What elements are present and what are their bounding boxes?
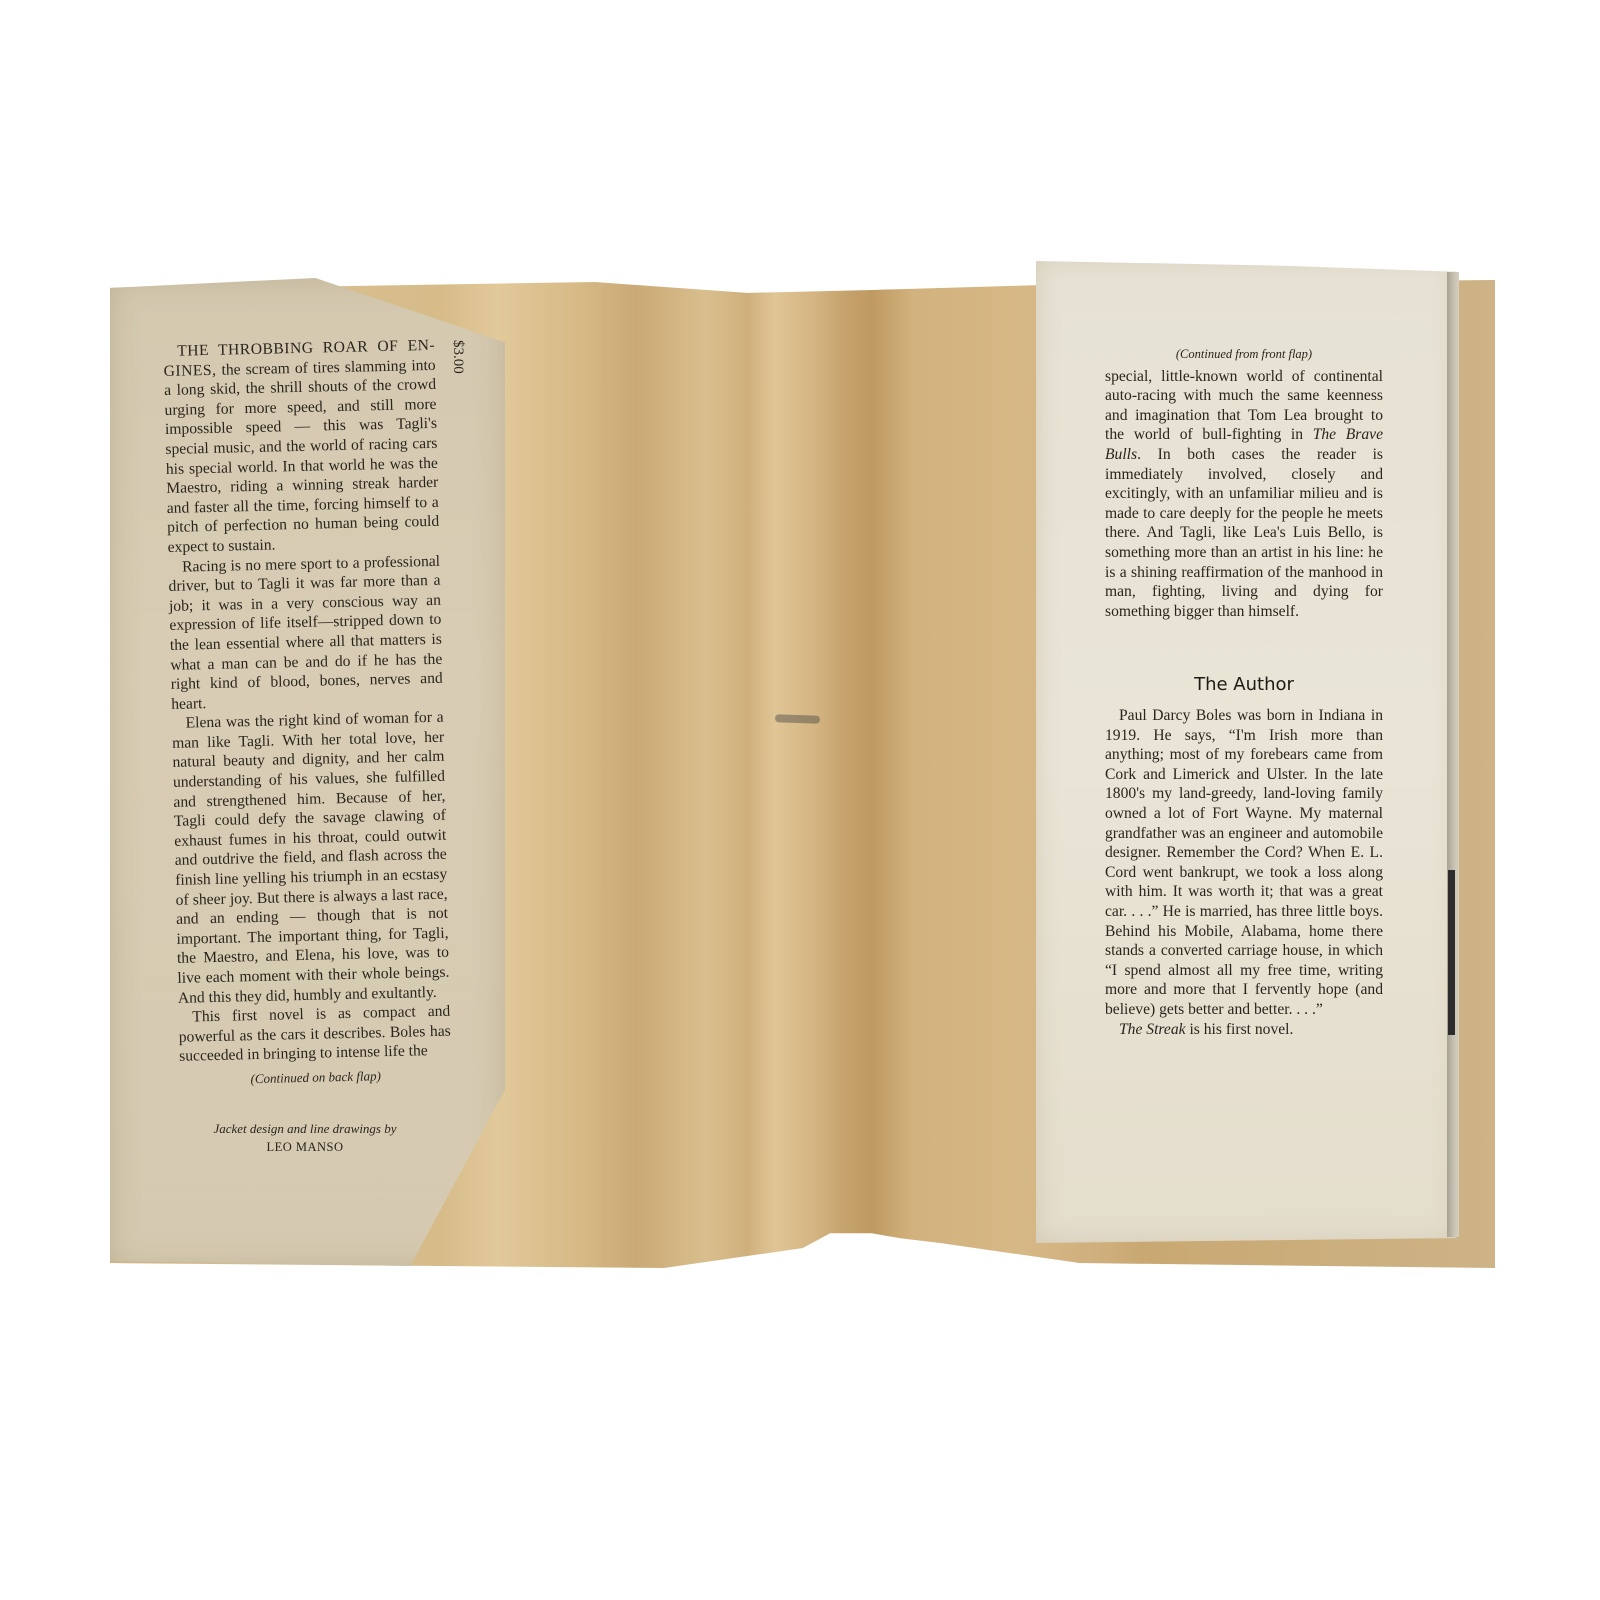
continuation-paragraph: special, little-known world of continent… bbox=[1105, 367, 1383, 622]
front-flap-blurb: THE THROBBING ROAR OF EN-GINES, the scre… bbox=[163, 336, 452, 1091]
credit-name: LEO MANSO bbox=[195, 1138, 415, 1156]
jacket-credit: Jacket design and line drawings by LEO M… bbox=[195, 1120, 415, 1156]
spine-stain bbox=[775, 714, 820, 724]
continued-from-front-note: (Continued from front flap) bbox=[1105, 345, 1383, 365]
novel-title: The Streak bbox=[1119, 1021, 1186, 1038]
blurb-paragraph-4: This first novel is as compact and power… bbox=[178, 1002, 451, 1067]
back-flap-continuation: (Continued from front flap) special, lit… bbox=[1105, 345, 1383, 621]
author-bio: Paul Darcy Boles was born in Indiana in … bbox=[1105, 706, 1383, 1039]
cover-art-edge bbox=[1448, 870, 1455, 1035]
credit-line: Jacket design and line drawings by bbox=[195, 1120, 415, 1138]
author-heading: The Author bbox=[1105, 674, 1383, 695]
author-bio-paragraph: Paul Darcy Boles was born in Indiana in … bbox=[1105, 706, 1383, 1020]
blurb-paragraph-2: Racing is no mere sport to a professiona… bbox=[168, 551, 443, 714]
jacket-back-edge bbox=[1447, 272, 1459, 1237]
blurb-paragraph-1: THE THROBBING ROAR OF EN-GINES, the scre… bbox=[163, 336, 440, 558]
author-closing-line: The Streak is his first novel. bbox=[1105, 1020, 1383, 1040]
price-tag: $3.00 bbox=[449, 340, 466, 374]
blurb-paragraph-3: Elena was the right kind of woman for a … bbox=[171, 708, 450, 1008]
